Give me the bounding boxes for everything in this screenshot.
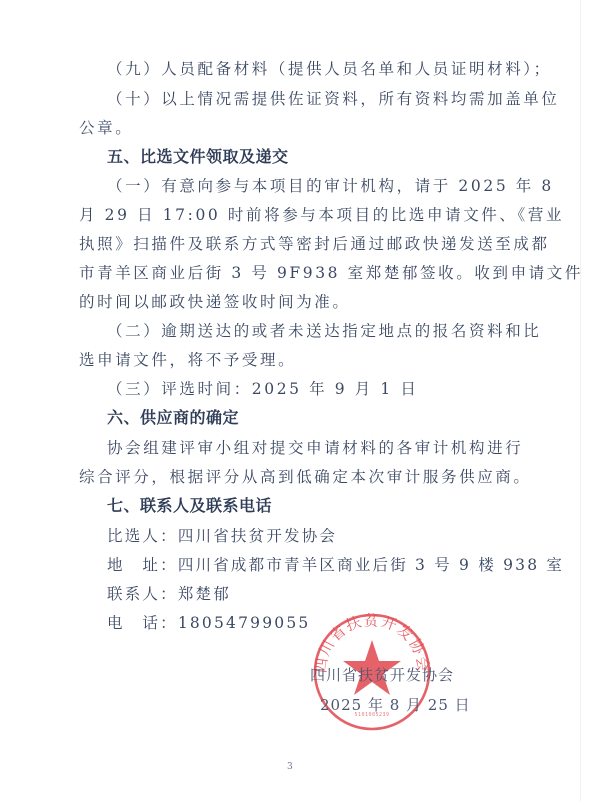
section-seven-heading: 七、联系人及联系电话 bbox=[107, 496, 527, 516]
section-six-para-line-1: 协会组建评审小组对提交申请材料的各审计机构进行 bbox=[107, 438, 527, 458]
contact-label: 联系人： bbox=[107, 585, 178, 603]
contact-value: 18054799055 bbox=[178, 614, 311, 632]
signature-date: 2025 年 8 月 25 日 bbox=[320, 694, 471, 715]
page-edge-divider bbox=[580, 0, 581, 801]
contact-person: 联系人：郑楚郁 bbox=[107, 584, 527, 604]
section-five-para-1-line-3: 执照》扫描件及联系方式等密封后通过邮政快递发送至成都 bbox=[79, 234, 499, 254]
section-five-para-3: （三）评选时间：2025 年 9 月 1 日 bbox=[107, 379, 527, 399]
section-six-heading: 六、供应商的确定 bbox=[107, 408, 527, 428]
section-five-para-1-line-4: 市青羊区商业后街 3 号 9F938 室郑楚郁签收。收到申请文件 bbox=[79, 263, 499, 283]
contact-value: 郑楚郁 bbox=[178, 585, 231, 603]
document-page: （九）人员配备材料（提供人员名单和人员证明材料）； （十）以上情况需提供佐证资料… bbox=[0, 0, 590, 801]
item-ten: （十）以上情况需提供佐证资料，所有资料均需加盖单位 bbox=[107, 89, 527, 109]
contact-value: 四川省扶贫开发协会 bbox=[178, 527, 337, 545]
page-number: 3 bbox=[287, 762, 293, 772]
section-six-para-line-2: 综合评分，根据评分从高到低确定本次审计服务供应商。 bbox=[79, 467, 499, 487]
section-five-para-1-line-1: （一）有意向参与本项目的审计机构，请于 2025 年 8 bbox=[107, 176, 527, 196]
contact-label: 比选人： bbox=[107, 527, 178, 545]
contact-selector: 比选人：四川省扶贫开发协会 bbox=[107, 526, 527, 546]
section-five-para-1-line-5: 的时间以邮政快递签收时间为准。 bbox=[79, 292, 499, 312]
item-nine: （九）人员配备材料（提供人员名单和人员证明材料）； bbox=[107, 59, 527, 79]
contact-label: 电 话： bbox=[107, 614, 178, 632]
contact-address: 地 址：四川省成都市青羊区商业后街 3 号 9 楼 938 室 bbox=[107, 555, 527, 575]
section-five-para-1-line-2: 月 29 日 17:00 时前将参与本项目的比选申请文件、《营业 bbox=[79, 205, 499, 225]
contact-value: 四川省成都市青羊区商业后街 3 号 9 楼 938 室 bbox=[178, 556, 564, 574]
section-five-heading: 五、比选文件领取及递交 bbox=[107, 147, 527, 167]
item-ten-continued: 公章。 bbox=[79, 118, 499, 138]
section-five-para-2-line-2: 选申请文件，将不予受理。 bbox=[79, 350, 499, 370]
section-five-para-2-line-1: （二）逾期送达的或者未送达指定地点的报名资料和比 bbox=[107, 321, 527, 341]
contact-label: 地 址： bbox=[107, 556, 178, 574]
signature-organization: 四川省扶贫开发协会 bbox=[310, 664, 454, 685]
